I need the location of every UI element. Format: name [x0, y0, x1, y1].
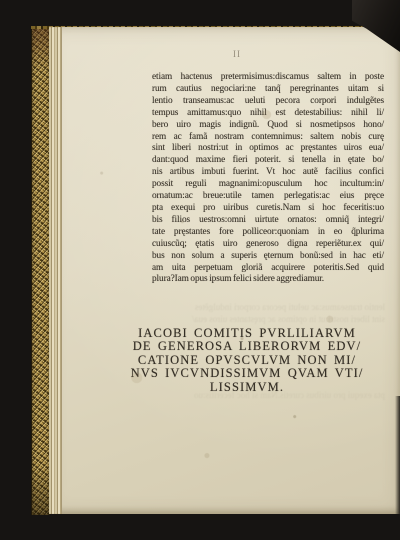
text-line: rum cautius negociari:ne tanq̃ peregrina…: [152, 84, 384, 96]
text-line: bus non solum a superis ęternum bonũ:sed…: [152, 251, 384, 263]
text-line: bis filios uestros:omni uirtute ornatos:…: [152, 215, 384, 227]
body-text-block: etiam hactenus pretermisimus:discamus sa…: [152, 72, 384, 286]
bleedthrough-text: lentio transeamus:ac ueluti pecora corpo…: [109, 301, 385, 313]
page-right-edge-shadow: [395, 396, 400, 514]
title-line: IACOBI COMITIS PVRLILIARVM: [109, 327, 385, 340]
book-page: II etiam hactenus pretermisimus:discamus…: [49, 27, 400, 514]
text-line: rem ac famã nostram contemnimus: saltem …: [152, 132, 384, 144]
text-line: sint liberi nostri:ut in optimos ac pręs…: [152, 143, 384, 155]
text-line: nis artibus imbuti fuerint. Vt hoc autẽ …: [152, 167, 384, 179]
text-line: ornatum:ac breue:utile tamen perlegatis:…: [152, 191, 384, 203]
text-line: etiam hactenus pretermisimus:discamus sa…: [152, 72, 384, 84]
book-photo: II etiam hactenus pretermisimus:discamus…: [0, 0, 400, 540]
text-line: pta exequi pro uiribus curetis.Nam si ho…: [152, 203, 384, 215]
text-line: am uita perpetuam gloriã acquirere poter…: [152, 263, 384, 275]
title-line: NVS IVCVNDISSIMVM QVAM VTI/: [109, 367, 385, 380]
bleedthrough-text: sint liberi nostri:ut in optimos ac pręs…: [109, 313, 385, 325]
chapter-title-block: IACOBI COMITIS PVRLILIARVM DE GENEROSA L…: [109, 327, 385, 394]
text-line: possit reguli magnanimi:opusculum hoc in…: [152, 179, 384, 191]
title-line: LISSIMVM.: [109, 381, 385, 394]
text-line: tempus amittamus:quo nihil est detestabi…: [152, 108, 384, 120]
gilt-edge-decoration: [31, 26, 50, 515]
text-line: plura?Iam opus ipsum felici sidere aggre…: [152, 274, 384, 286]
text-line: bero uiro magis indignũ. Quod si nosmeti…: [152, 120, 384, 132]
page-edges: [49, 27, 62, 514]
title-line: CATIONE OPVSCVLVM NON MI/: [109, 354, 385, 367]
text-line: dant:quod maxime fieri poterit. si tenel…: [152, 155, 384, 167]
page-signature-mark: II: [227, 49, 247, 59]
text-line: cuiuscũq; ętatis uiro generoso digna rep…: [152, 239, 384, 251]
text-line: tate pręstantes fore polliceor:quoniam i…: [152, 227, 384, 239]
text-line: lentio transeamus:ac ueluti pecora corpo…: [152, 96, 384, 108]
title-line: DE GENEROSA LIBERORVM EDV/: [109, 340, 385, 353]
